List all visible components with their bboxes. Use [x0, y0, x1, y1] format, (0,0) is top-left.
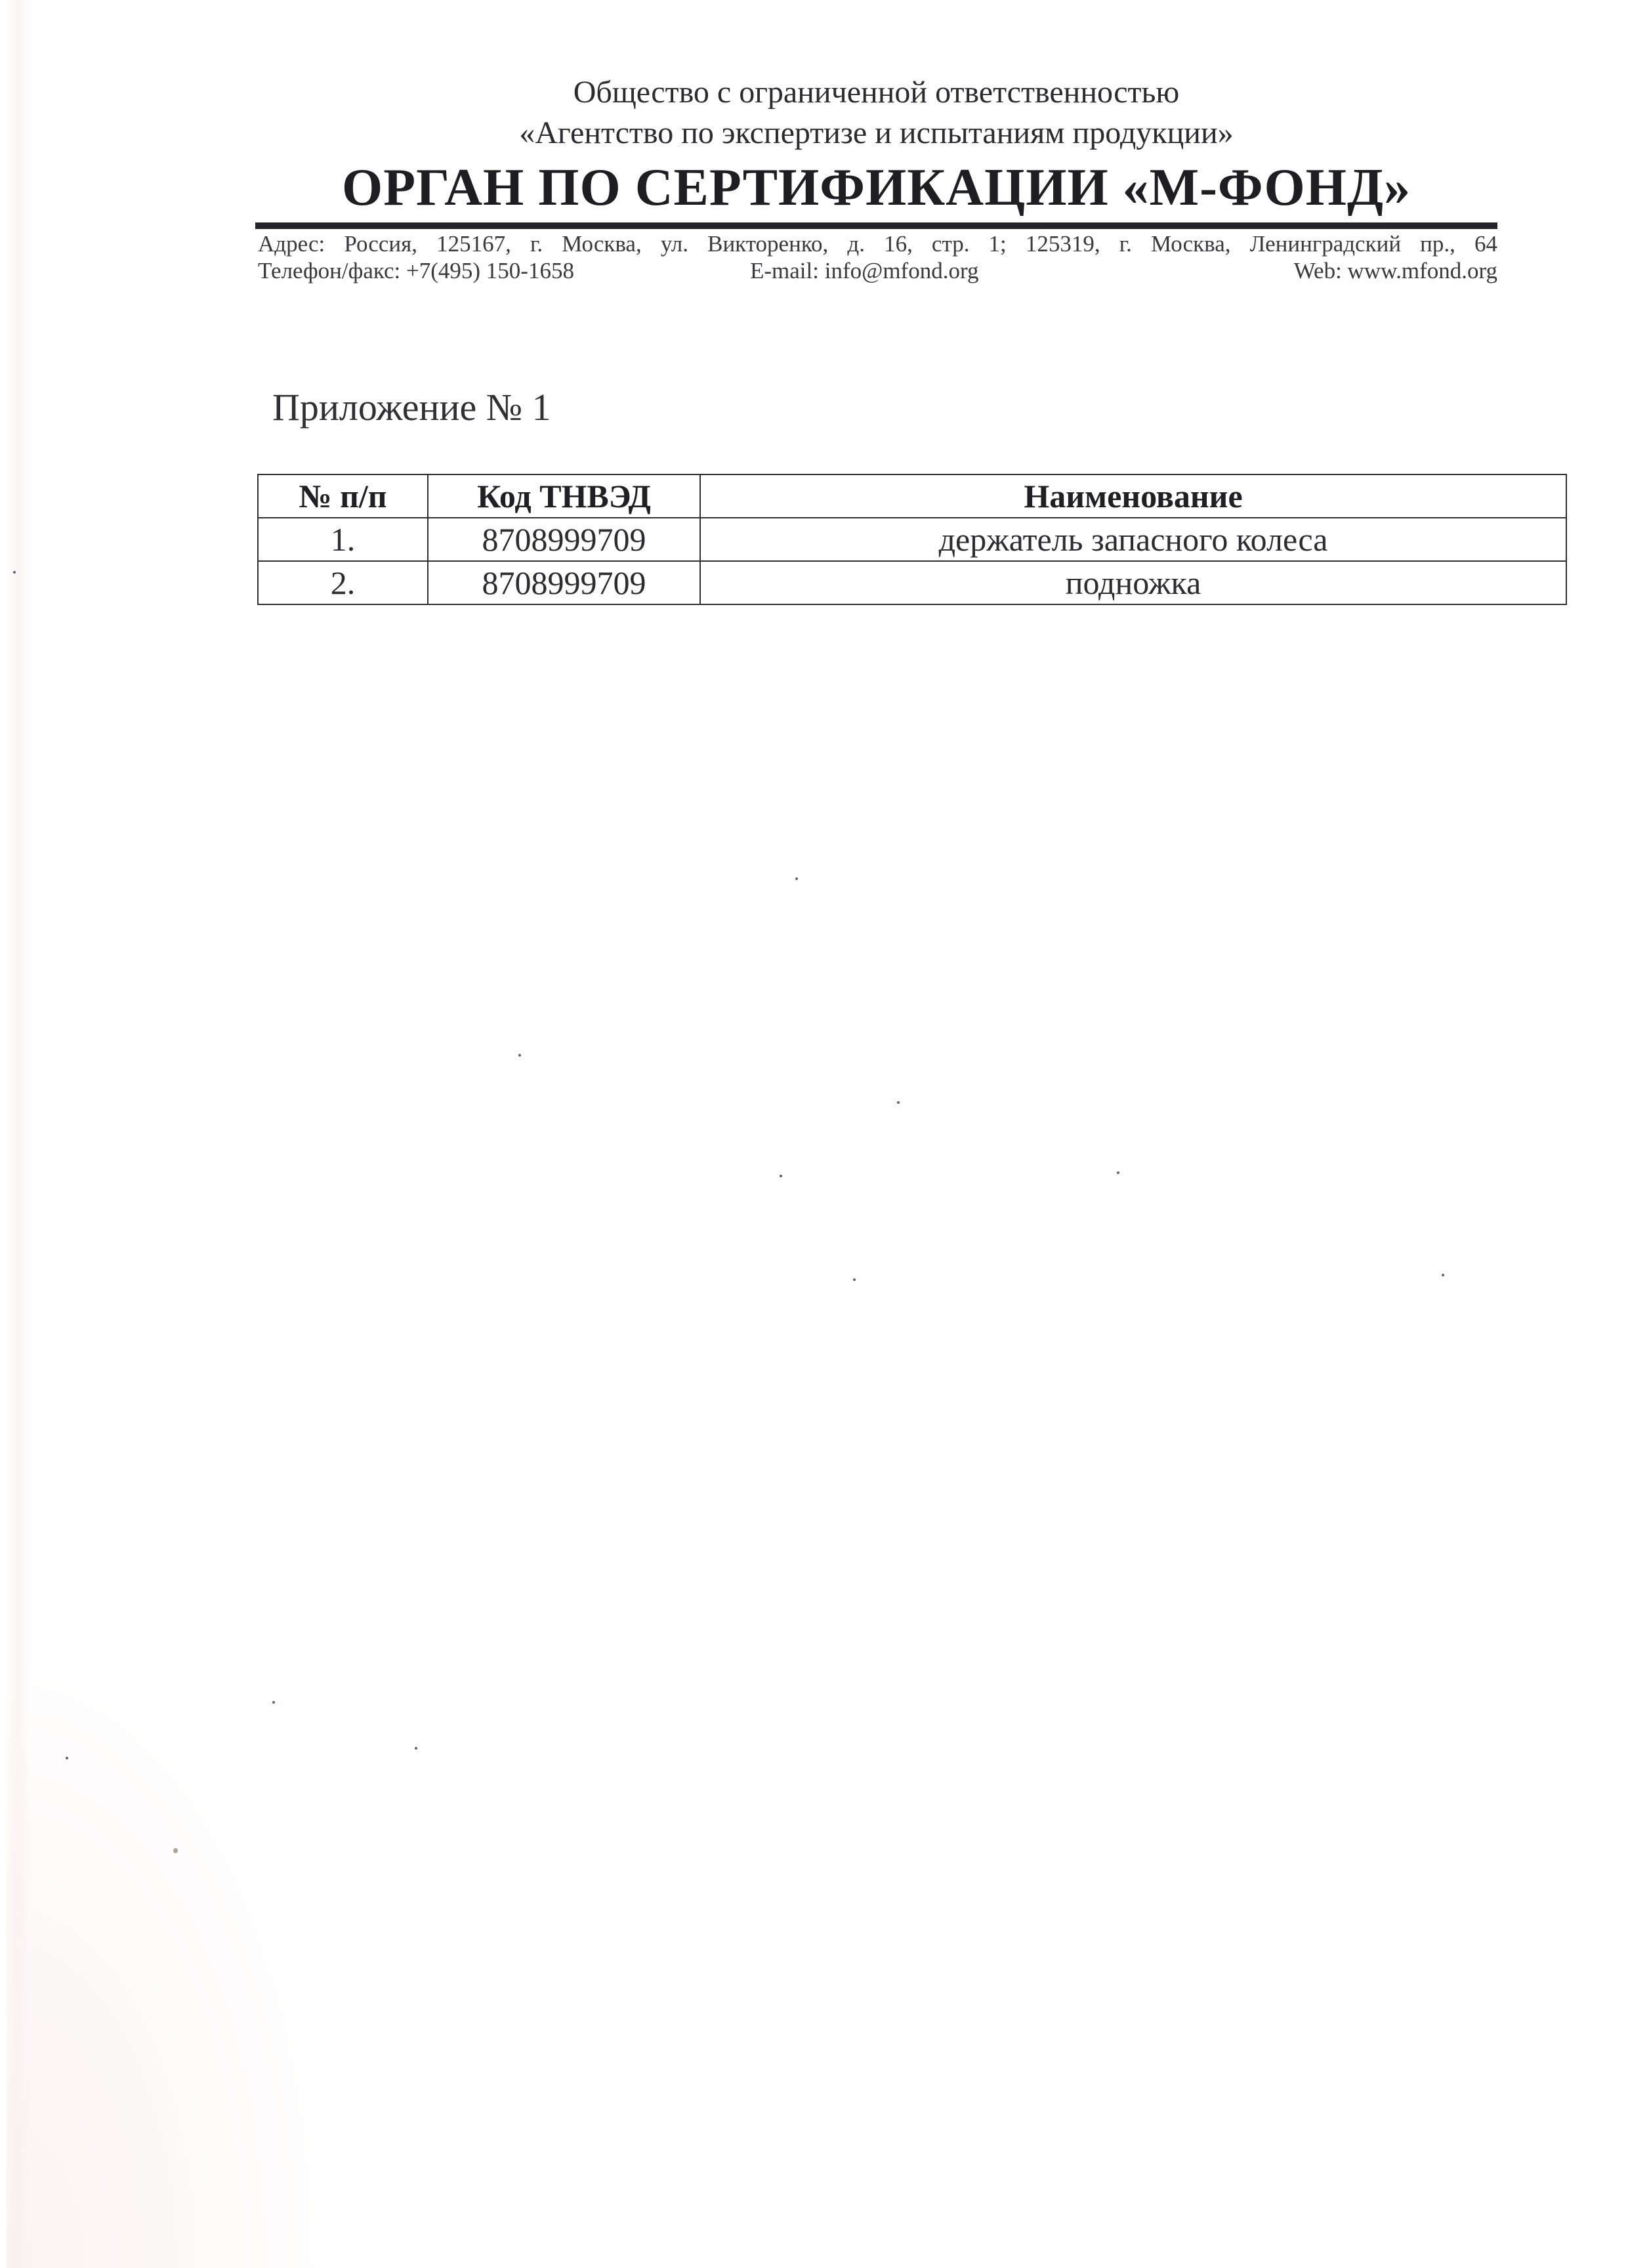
scan-speck [1117, 1171, 1119, 1174]
scan-speck [795, 877, 798, 880]
contacts-line: Телефон/факс: +7(495) 150-1658 E-mail: i… [258, 258, 1497, 285]
scan-speck [415, 1747, 417, 1750]
appendix-label: Приложение № 1 [272, 386, 551, 429]
scan-corner-tint [7, 1641, 335, 2268]
table-row: 2. 8708999709 подножка [258, 561, 1566, 604]
product-name: подножка [700, 561, 1566, 604]
row-number: 2. [258, 561, 428, 604]
phone-fax: Телефон/факс: +7(495) 150-1658 [258, 258, 574, 284]
products-table: № п/п Код ТНВЭД Наименование 1. 87089997… [257, 474, 1567, 605]
table-header-row: № п/п Код ТНВЭД Наименование [258, 474, 1566, 518]
scan-speck [13, 571, 16, 574]
certification-body-title: ОРГАН ПО СЕРТИФИКАЦИИ «М-ФОНД» [255, 161, 1497, 214]
org-legal-form: Общество с ограниченной ответственностью [255, 72, 1497, 113]
scan-speck [272, 1701, 275, 1704]
letterhead: Общество с ограниченной ответственностью… [255, 66, 1497, 214]
column-header-number: № п/п [258, 474, 428, 518]
scan-speck [897, 1101, 900, 1104]
address-line: Адрес: Россия, 125167, г. Москва, ул. Ви… [258, 231, 1497, 257]
letterhead-divider [255, 222, 1497, 229]
tnved-code: 8708999709 [428, 518, 700, 561]
tnved-code: 8708999709 [428, 561, 700, 604]
column-header-name: Наименование [700, 474, 1566, 518]
scan-speck [1442, 1274, 1444, 1276]
column-header-code: Код ТНВЭД [428, 474, 700, 518]
product-name: держатель запасного колеса [700, 518, 1566, 561]
scan-speck [518, 1054, 521, 1057]
email-link[interactable]: E-mail: info@mfond.org [750, 258, 978, 284]
scan-speck [66, 1757, 68, 1759]
table-row: 1. 8708999709 держатель запасного колеса [258, 518, 1566, 561]
org-name: «Агентство по экспертизе и испытаниям пр… [255, 113, 1497, 154]
website-link[interactable]: Web: www.mfond.org [1294, 258, 1497, 284]
scan-speck [780, 1175, 782, 1177]
scan-speck [173, 1848, 178, 1853]
row-number: 1. [258, 518, 428, 561]
scan-speck [853, 1278, 856, 1281]
